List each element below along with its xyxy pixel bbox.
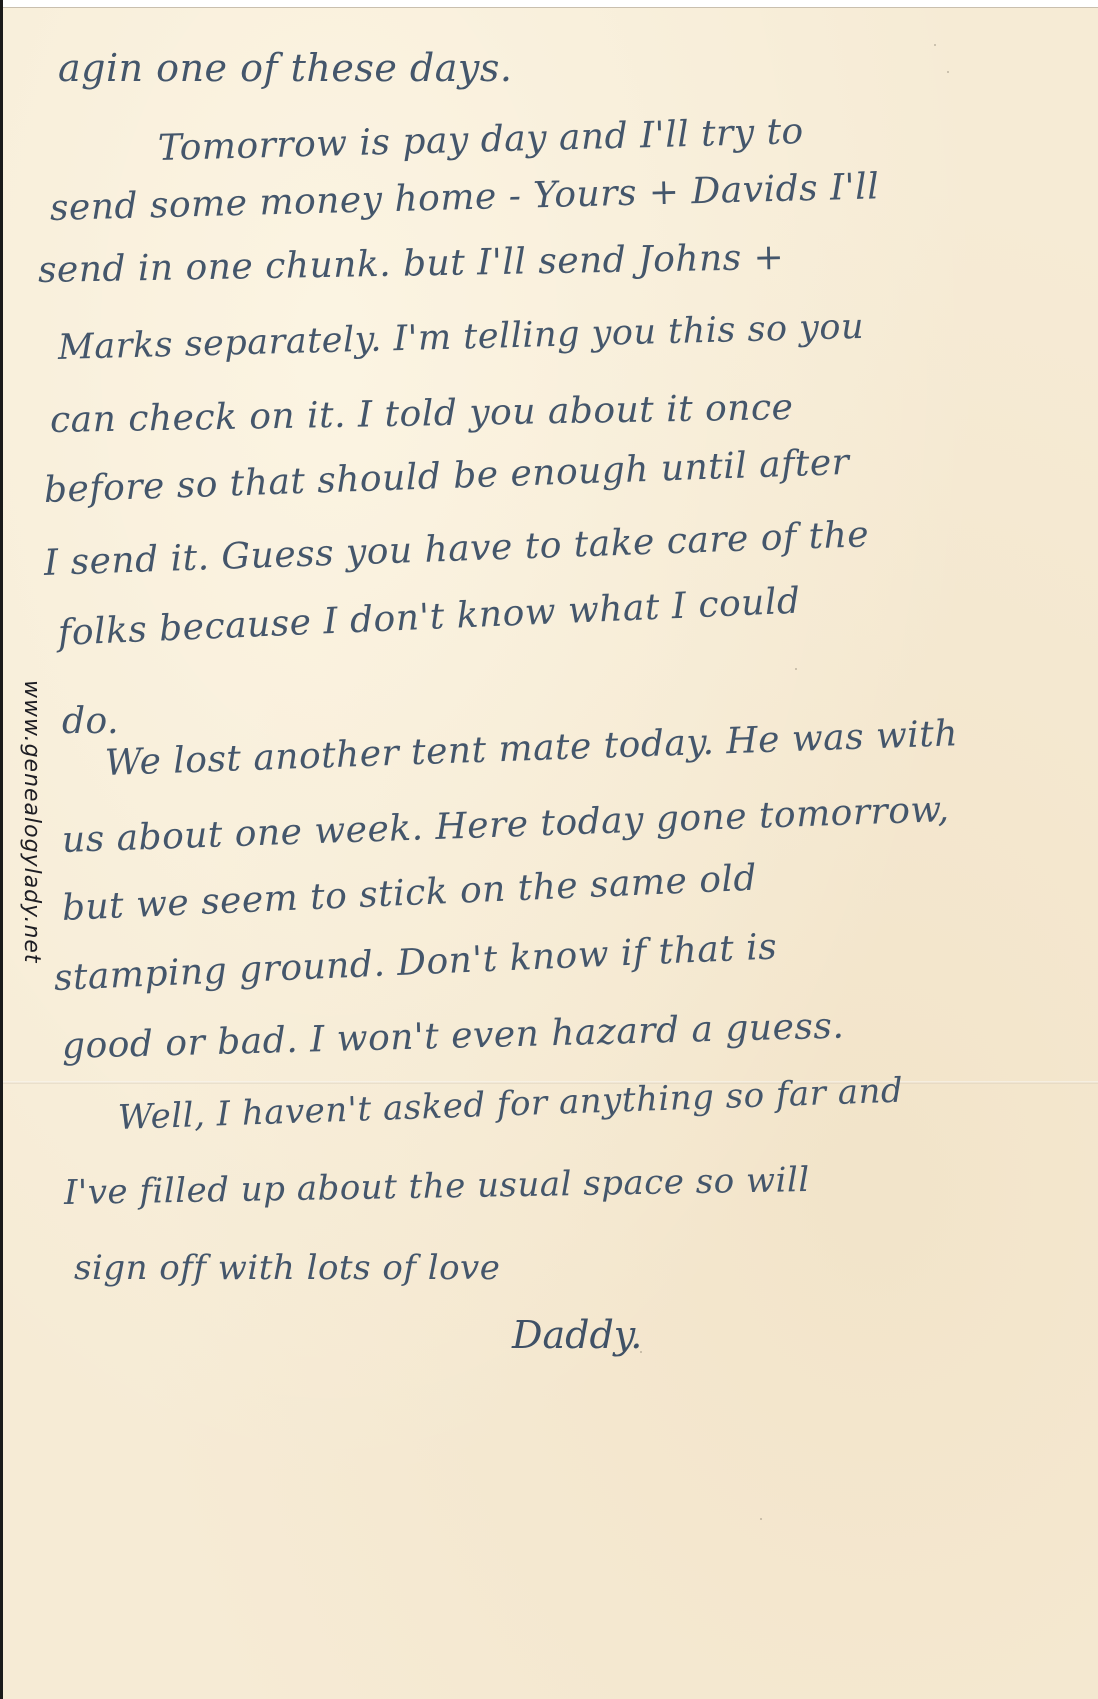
letter-line-14: stamping ground. Don't know if that is: [53, 926, 778, 999]
letter-line-15: good or bad. I won't even hazard a guess…: [61, 1006, 844, 1067]
letter-line-8: I send it. Guess you have to take care o…: [43, 514, 869, 584]
letter-page: agin one of these days. Tomorrow is pay …: [0, 7, 1098, 1699]
letter-line-11: We lost another tent mate today. He was …: [104, 713, 958, 784]
letter-line-2: Tomorrow is pay day and I'll try to: [157, 111, 804, 169]
letter-line-18: sign off with lots of love: [74, 1248, 500, 1288]
letter-line-4: send in one chunk. but I'll send Johns +: [38, 237, 785, 291]
letter-line-17: I've filled up about the usual space so …: [64, 1160, 810, 1213]
letter-line-3: send some money home - Yours + Davids I'…: [49, 166, 879, 229]
letter-line-13: but we seem to stick on the same old: [61, 858, 758, 929]
letter-line-10: do.: [62, 701, 119, 742]
letter-line-12: us about one week. Here today gone tomor…: [61, 789, 950, 861]
scan-left-edge: [0, 0, 3, 1699]
paper-speck: [640, 1351, 642, 1353]
letter-line-5: Marks separately. I'm telling you this s…: [57, 307, 864, 368]
paper-speck: [934, 44, 936, 46]
letter-line-9: folks because I don't know what I could: [57, 581, 801, 654]
paper-speck: [947, 71, 949, 73]
watermark: www.genealogylady.net: [4, 680, 44, 1040]
letter-line-7: before so that should be enough until af…: [43, 442, 850, 511]
signature: Daddy.: [512, 1313, 642, 1357]
paper-speck: [795, 668, 797, 670]
letter-line-6: can check on it. I told you about it onc…: [50, 387, 794, 441]
paper-speck: [760, 1518, 762, 1520]
letter-line-1: agin one of these days.: [58, 46, 512, 90]
